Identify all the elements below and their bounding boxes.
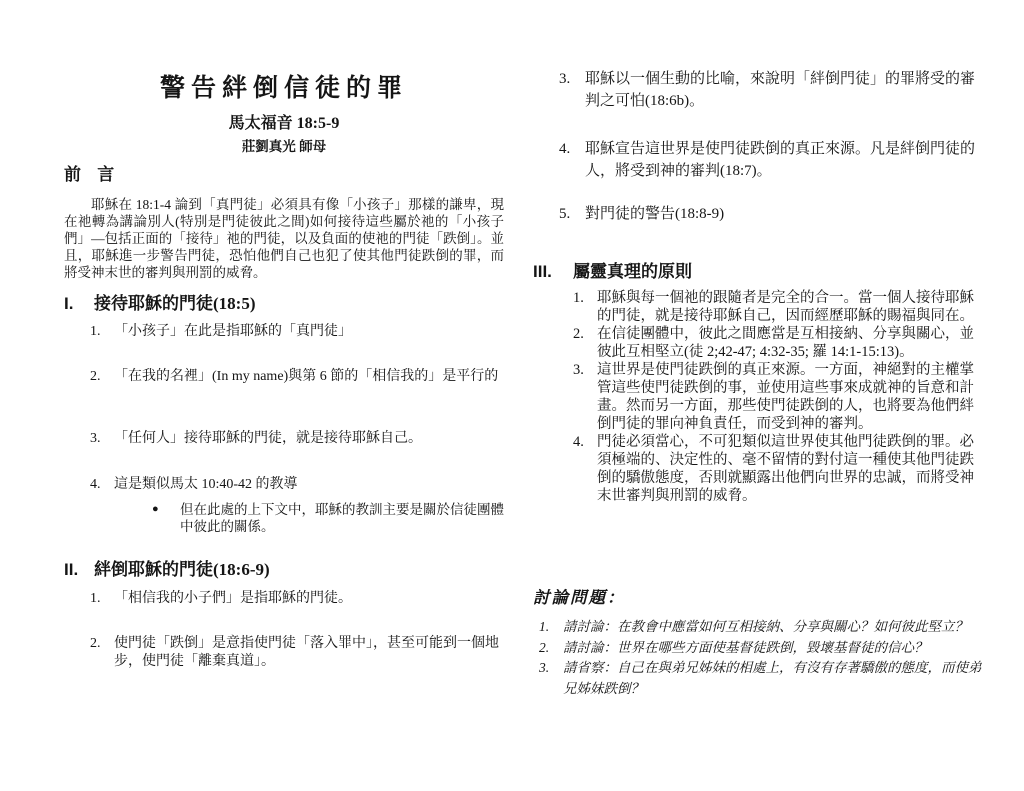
item-text: 耶穌與每一個祂的跟隨者是完全的合一。當一個人接待耶穌的門徒，就是接待耶穌自己，因… [597, 289, 985, 325]
item-number: 3. [559, 68, 585, 112]
item-number: 3. [90, 430, 114, 448]
item-text: 對門徒的警告(18:8-9) [585, 203, 985, 225]
list-item: 3. 「任何人」接待耶穌的門徒，就是接待耶穌自己。 [64, 430, 504, 448]
item-text: 這世界是使門徒跌倒的真正來源。一方面，神絕對的主權掌管這些使門徒跌倒的事，並使用… [597, 361, 985, 433]
section3-number: III. [533, 261, 573, 283]
page-author: 莊劉真光 師母 [64, 138, 504, 155]
item-number: 5. [559, 203, 585, 225]
section1-heading: I. 接待耶穌的門徒(18:5) [64, 293, 504, 315]
left-column: 警告絆倒信徒的罪 馬太福音 18:5-9 莊劉真光 師母 前 言 耶穌在 18:… [64, 0, 504, 671]
item-text: 「相信我的小子們」是指耶穌的門徒。 [114, 590, 504, 608]
page-title: 警告絆倒信徒的罪 [64, 74, 504, 104]
list-item: 1. 耶穌與每一個祂的跟隨者是完全的合一。當一個人接待耶穌的門徒，就是接待耶穌自… [533, 289, 985, 325]
item-text: 請討論：世界在哪些方面使基督徒跌倒，毀壞基督徒的信心？ [563, 638, 985, 659]
section2-number: II. [64, 559, 94, 581]
item-number: 4. [573, 433, 597, 505]
item-number: 2. [90, 368, 114, 386]
section2-title: 絆倒耶穌的門徒(18:6-9) [94, 559, 270, 581]
item-number: 3. [573, 361, 597, 433]
discussion-question: 1. 請討論：在教會中應當如何互相接納、分享與關心？如何彼此堅立？ [533, 617, 985, 638]
item-text: 耶穌以一個生動的比喻，來說明「絆倒門徒」的罪將受的審判之可怕(18:6b)。 [585, 68, 985, 112]
section1-number: I. [64, 293, 94, 315]
sub-list-item: ● 但在此處的上下文中，耶穌的教訓主要是關於信徒團體中彼此的關係。 [64, 501, 504, 535]
item-number: 1. [90, 590, 114, 608]
list-item: 2. 在信徒團體中，彼此之間應當是互相接納、分享與關心，並彼此互相堅立(徒 2;… [533, 325, 985, 361]
list-item: 3. 這世界是使門徒跌倒的真正來源。一方面，神絕對的主權掌管這些使門徒跌倒的事，… [533, 361, 985, 433]
list-item: 4. 門徒必須當心，不可犯類似這世界使其他門徒跌倒的罪。必須極端的、決定性的、毫… [533, 433, 985, 505]
item-text: 請討論：在教會中應當如何互相接納、分享與關心？如何彼此堅立？ [563, 617, 985, 638]
item-text: 門徒必須當心，不可犯類似這世界使其他門徒跌倒的罪。必須極端的、決定性的、毫不留情… [597, 433, 985, 505]
item-text: 耶穌宣告這世界是使門徒跌倒的真正來源。凡是絆倒門徒的人，將受到神的審判(18:7… [585, 138, 985, 182]
item-number: 1. [539, 617, 563, 638]
foreword-heading: 前 言 [64, 165, 504, 185]
discussion-heading: 討論問題： [533, 587, 985, 609]
section3-heading: III. 屬靈真理的原則 [533, 261, 985, 283]
list-item: 4. 耶穌宣告這世界是使門徒跌倒的真正來源。凡是絆倒門徒的人，將受到神的審判(1… [533, 138, 985, 182]
item-number: 3. [539, 658, 563, 699]
list-item: 3. 耶穌以一個生動的比喻，來說明「絆倒門徒」的罪將受的審判之可怕(18:6b)… [533, 68, 985, 112]
item-number: 2. [573, 325, 597, 361]
list-item: 2. 使門徒「跌倒」是意指使門徒「落入罪中」，甚至可能到一個地步，使門徒「離棄真… [64, 635, 504, 671]
discussion-question: 2. 請討論：世界在哪些方面使基督徒跌倒，毀壞基督徒的信心？ [533, 638, 985, 659]
list-item: 1. 「小孩子」在此是指耶穌的「真門徒」 [64, 323, 504, 341]
item-text: 「任何人」接待耶穌的門徒，就是接待耶穌自己。 [114, 430, 504, 448]
discussion-question: 3. 請省察：自己在與弟兄姊妹的相處上，有沒有存著驕傲的態度，而使弟兄姊妹跌倒？ [533, 658, 985, 699]
item-number: 2. [90, 635, 114, 671]
section2-heading: II. 絆倒耶穌的門徒(18:6-9) [64, 559, 504, 581]
section3: III. 屬靈真理的原則 1. 耶穌與每一個祂的跟隨者是完全的合一。當一個人接待… [533, 261, 985, 505]
item-text: 在信徒團體中，彼此之間應當是互相接納、分享與關心，並彼此互相堅立(徒 2;42-… [597, 325, 985, 361]
item-text: 「小孩子」在此是指耶穌的「真門徒」 [114, 323, 504, 341]
list-item: 5. 對門徒的警告(18:8-9) [533, 203, 985, 225]
section1-title: 接待耶穌的門徒(18:5) [94, 293, 255, 315]
item-text: 這是類似馬太 10:40-42 的教導 [114, 476, 504, 494]
list-item: 1. 「相信我的小子們」是指耶穌的門徒。 [64, 590, 504, 608]
item-text: 「在我的名裡」(In my name)與第 6 節的「相信我的」是平行的 [114, 368, 504, 386]
right-column: 3. 耶穌以一個生動的比喻，來說明「絆倒門徒」的罪將受的審判之可怕(18:6b)… [533, 0, 985, 699]
page-subtitle: 馬太福音 18:5-9 [64, 114, 504, 133]
item-number: 4. [559, 138, 585, 182]
list-item: 2. 「在我的名裡」(In my name)與第 6 節的「相信我的」是平行的 [64, 368, 504, 386]
discussion-question-list: 1. 請討論：在教會中應當如何互相接納、分享與關心？如何彼此堅立？ 2. 請討論… [533, 617, 985, 699]
item-number: 2. [539, 638, 563, 659]
document-page: 警告絆倒信徒的罪 馬太福音 18:5-9 莊劉真光 師母 前 言 耶穌在 18:… [0, 0, 1024, 791]
bullet-icon: ● [152, 501, 180, 535]
item-text: 使門徒「跌倒」是意指使門徒「落入罪中」，甚至可能到一個地步，使門徒「離棄真道」。 [114, 635, 504, 671]
list-item: 4. 這是類似馬太 10:40-42 的教導 [64, 476, 504, 494]
item-number: 1. [573, 289, 597, 325]
item-text: 請省察：自己在與弟兄姊妹的相處上，有沒有存著驕傲的態度，而使弟兄姊妹跌倒？ [563, 658, 985, 699]
item-number: 1. [90, 323, 114, 341]
foreword-paragraph: 耶穌在 18:1-4 論到「真門徒」必須具有像「小孩子」那樣的謙卑，現在祂轉為講… [64, 196, 504, 281]
item-text: 但在此處的上下文中，耶穌的教訓主要是關於信徒團體中彼此的關係。 [180, 501, 504, 535]
section3-title: 屬靈真理的原則 [573, 261, 692, 283]
item-number: 4. [90, 476, 114, 494]
